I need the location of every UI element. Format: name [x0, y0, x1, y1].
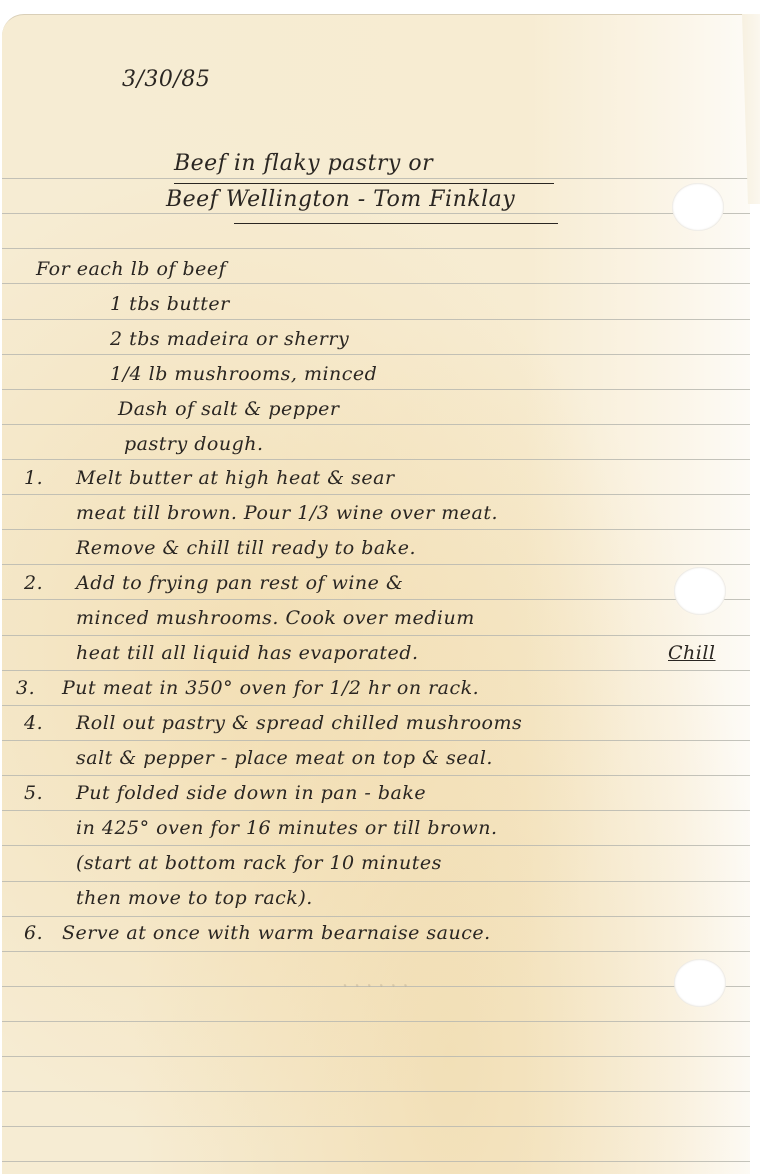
- ruled-line: [2, 389, 750, 390]
- step-line: in 425° oven for 16 minutes or till brow…: [76, 817, 498, 839]
- ruled-line: [2, 178, 750, 179]
- step-emphasis-chill: Chill: [668, 642, 716, 664]
- binder-hole: [674, 567, 726, 615]
- ingredient-item: 1/4 lb mushrooms, minced: [110, 363, 377, 385]
- step-line: Put folded side down in pan - bake: [76, 782, 426, 804]
- ruled-line: [2, 1091, 750, 1092]
- ruled-line: [2, 881, 750, 882]
- ruled-line: [2, 635, 750, 636]
- ruled-line: [2, 1021, 750, 1022]
- step-line: heat till all liquid has evaporated.: [76, 642, 419, 664]
- step-line: Add to frying pan rest of wine &: [76, 572, 403, 594]
- step-number: 1.: [24, 467, 43, 489]
- ruled-line: [2, 213, 750, 214]
- ingredient-item: 2 tbs madeira or sherry: [110, 328, 349, 350]
- step-line: Serve at once with warm bearnaise sauce.: [62, 922, 491, 944]
- step-line: minced mushrooms. Cook over medium: [76, 607, 475, 629]
- ruled-line: [2, 424, 750, 425]
- step-number: 3.: [16, 677, 35, 699]
- binder-hole: [672, 183, 724, 231]
- step-number: 6.: [24, 922, 43, 944]
- step-line: Put meat in 350° oven for 1/2 hr on rack…: [62, 677, 479, 699]
- ruled-line: [2, 740, 750, 741]
- recipe-title-line-2: Beef Wellington - Tom Finklay: [166, 187, 515, 212]
- ingredient-item: 1 tbs butter: [110, 293, 230, 315]
- step-line: (start at bottom rack for 10 minutes: [76, 852, 442, 874]
- ruled-line: [2, 529, 750, 530]
- ruled-line: [2, 354, 750, 355]
- ruled-line: [2, 1056, 750, 1057]
- recipe-title-line-1: Beef in flaky pastry or: [174, 151, 433, 176]
- ruled-line: [2, 1161, 750, 1162]
- step-line: salt & pepper - place meat on top & seal…: [76, 747, 493, 769]
- ingredients-header: For each lb of beef: [36, 258, 226, 280]
- ruled-line: [2, 845, 750, 846]
- ruled-line: [2, 775, 750, 776]
- step-line: then move to top rack).: [76, 887, 313, 909]
- bleed-through-text: · · · · · ·: [342, 975, 408, 997]
- ruled-line: [2, 705, 750, 706]
- ruled-line: [2, 670, 750, 671]
- ruled-line: [2, 248, 750, 249]
- step-line: Melt butter at high heat & sear: [76, 467, 395, 489]
- recipe-card: ····· · · · · · · 3/30/85 Beef in flaky …: [2, 14, 750, 1174]
- step-number: 4.: [24, 712, 43, 734]
- step-line: Remove & chill till ready to bake.: [76, 537, 416, 559]
- ruled-line: [2, 564, 750, 565]
- ruled-line: [2, 1126, 750, 1127]
- ruled-line: [2, 599, 750, 600]
- step-line: meat till brown. Pour 1/3 wine over meat…: [76, 502, 498, 524]
- ruled-line: [2, 319, 750, 320]
- ingredient-item: pastry dough.: [124, 433, 264, 455]
- ruled-line: [2, 459, 750, 460]
- recipe-date: 3/30/85: [122, 67, 210, 92]
- ruled-line: [2, 810, 750, 811]
- binder-hole: [674, 959, 726, 1007]
- ruled-line: [2, 951, 750, 952]
- ingredient-item: Dash of salt & pepper: [118, 398, 339, 420]
- step-number: 5.: [24, 782, 43, 804]
- ruled-line: [2, 916, 750, 917]
- title-underline: [234, 223, 558, 224]
- ruled-line: [2, 494, 750, 495]
- step-number: 2.: [24, 572, 43, 594]
- ruled-line: [2, 283, 750, 284]
- title-underline: [174, 183, 554, 184]
- step-line: Roll out pastry & spread chilled mushroo…: [76, 712, 522, 734]
